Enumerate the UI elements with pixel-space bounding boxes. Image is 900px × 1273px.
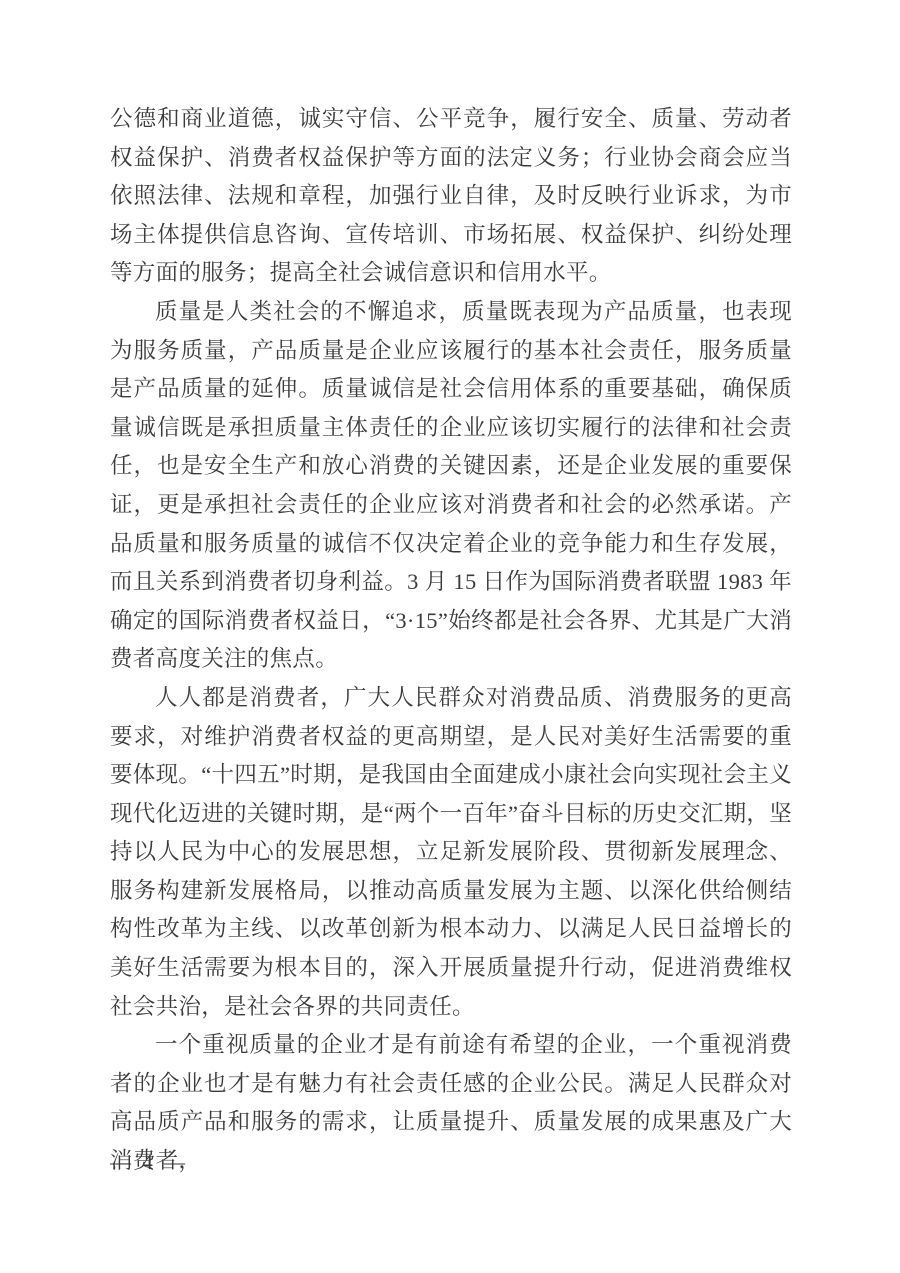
text-block: 公德和商业道德，诚实守信、公平竞争，履行安全、质量、劳动者权益保护、消费者权益保… xyxy=(110,100,792,1181)
paragraph-1: 公德和商业道德，诚实守信、公平竞争，履行安全、质量、劳动者权益保护、消费者权益保… xyxy=(110,100,792,293)
document-page: 公德和商业道德，诚实守信、公平竞争，履行安全、质量、劳动者权益保护、消费者权益保… xyxy=(0,0,900,1273)
paragraph-2: 质量是人类社会的不懈追求，质量既表现为产品质量，也表现为服务质量，产品质量是企业… xyxy=(110,293,792,679)
page-number: — 4 — xyxy=(110,1150,188,1175)
paragraph-4: 一个重视质量的企业才是有前途有希望的企业，一个重视消费者的企业也才是有魅力有社会… xyxy=(110,1026,792,1180)
paragraph-3: 人人都是消费者，广大人民群众对消费品质、消费服务的更高要求，对维护消费者权益的更… xyxy=(110,679,792,1026)
